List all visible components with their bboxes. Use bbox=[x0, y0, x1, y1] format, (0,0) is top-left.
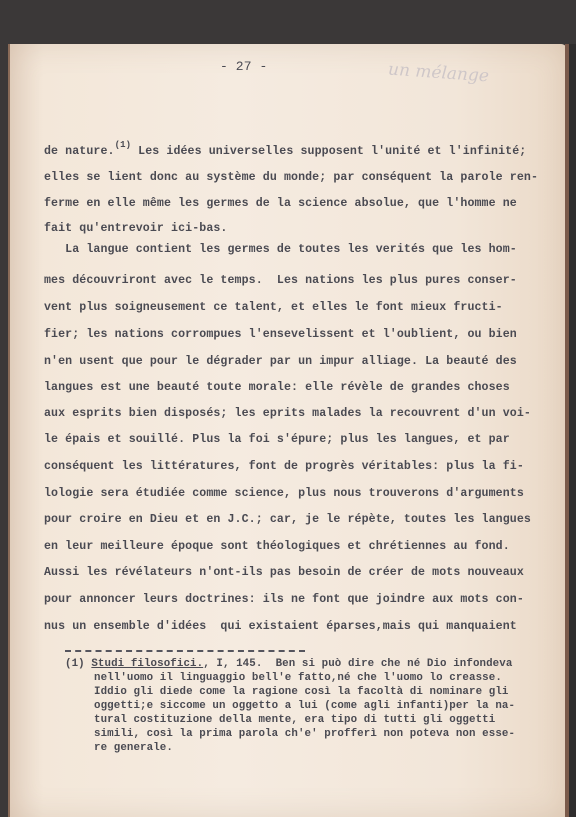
background-edge bbox=[569, 44, 576, 817]
footnote-line: oggetti;e siccome un oggetto a lui (come… bbox=[94, 700, 515, 712]
text-line: vent plus soigneusement ce talent, et el… bbox=[44, 301, 503, 314]
text-line: fier; les nations corrompues l'ensevelis… bbox=[44, 328, 517, 341]
text-line: lologie sera étudiée comme science, plus… bbox=[44, 487, 524, 500]
text-line: n'en usent que pour le dégrader par un i… bbox=[44, 355, 517, 368]
handwritten-annotation: un mélange bbox=[387, 60, 489, 87]
document-page: - 27 - un mélange de nature.(1) Les idée… bbox=[8, 44, 567, 817]
text-line: aux esprits bien disposés; les eprits ma… bbox=[44, 407, 531, 420]
footnote-line: tural costituzione della mente, era tipo… bbox=[94, 714, 495, 726]
footnote-line: re generale. bbox=[94, 742, 173, 754]
footnote-line: nell'uomo il linguaggio bell'e fatto,né … bbox=[94, 672, 502, 684]
text-segment: , I, 145. Ben si può dire che né Dio inf… bbox=[203, 658, 512, 670]
footnote-reference: (1) bbox=[115, 140, 132, 150]
text-line: nus un ensemble d'idées qui existaient é… bbox=[44, 620, 517, 633]
text-line: ferme en elle même les germes de la scie… bbox=[44, 197, 517, 210]
text-line: le épais et souillé. Plus la foi s'épure… bbox=[44, 433, 510, 446]
footnote-line: Iddio gli diede come la ragione così la … bbox=[94, 686, 509, 698]
text-line: La langue contient les germes de toutes … bbox=[44, 243, 517, 256]
text-line: elles se lient donc au système du monde;… bbox=[44, 171, 538, 184]
text-line: de nature.(1) Les idées universelles sup… bbox=[44, 145, 526, 158]
footnote-line: simili, così la prima parola ch'e' proff… bbox=[94, 728, 515, 740]
footnote-marker: (1) bbox=[65, 658, 85, 670]
text-line: Aussi les révélateurs n'ont-ils pas beso… bbox=[44, 566, 524, 579]
footnote-source-title: Studi filosofici. bbox=[91, 658, 203, 670]
text-line: pour croire en Dieu et en J.C.; car, je … bbox=[44, 513, 531, 526]
text-line: conséquent les littératures, font de pro… bbox=[44, 460, 524, 473]
text-line: en leur meilleure époque sont théologiqu… bbox=[44, 540, 510, 553]
footnote-line: (1) Studi filosofici., I, 145. Ben si pu… bbox=[65, 658, 512, 670]
text-line: pour annoncer leurs doctrines: ils ne fo… bbox=[44, 593, 524, 606]
footnote-separator bbox=[65, 650, 305, 652]
text-line: langues est une beauté toute morale: ell… bbox=[44, 381, 510, 394]
page-number: - 27 - bbox=[220, 59, 267, 74]
text-segment: Les idées universelles supposent l'unité… bbox=[131, 145, 526, 158]
text-line: mes découvriront avec le temps. Les nati… bbox=[44, 274, 517, 287]
text-segment: de nature. bbox=[44, 145, 115, 158]
text-line: fait qu'entrevoir ici-bas. bbox=[44, 222, 228, 235]
